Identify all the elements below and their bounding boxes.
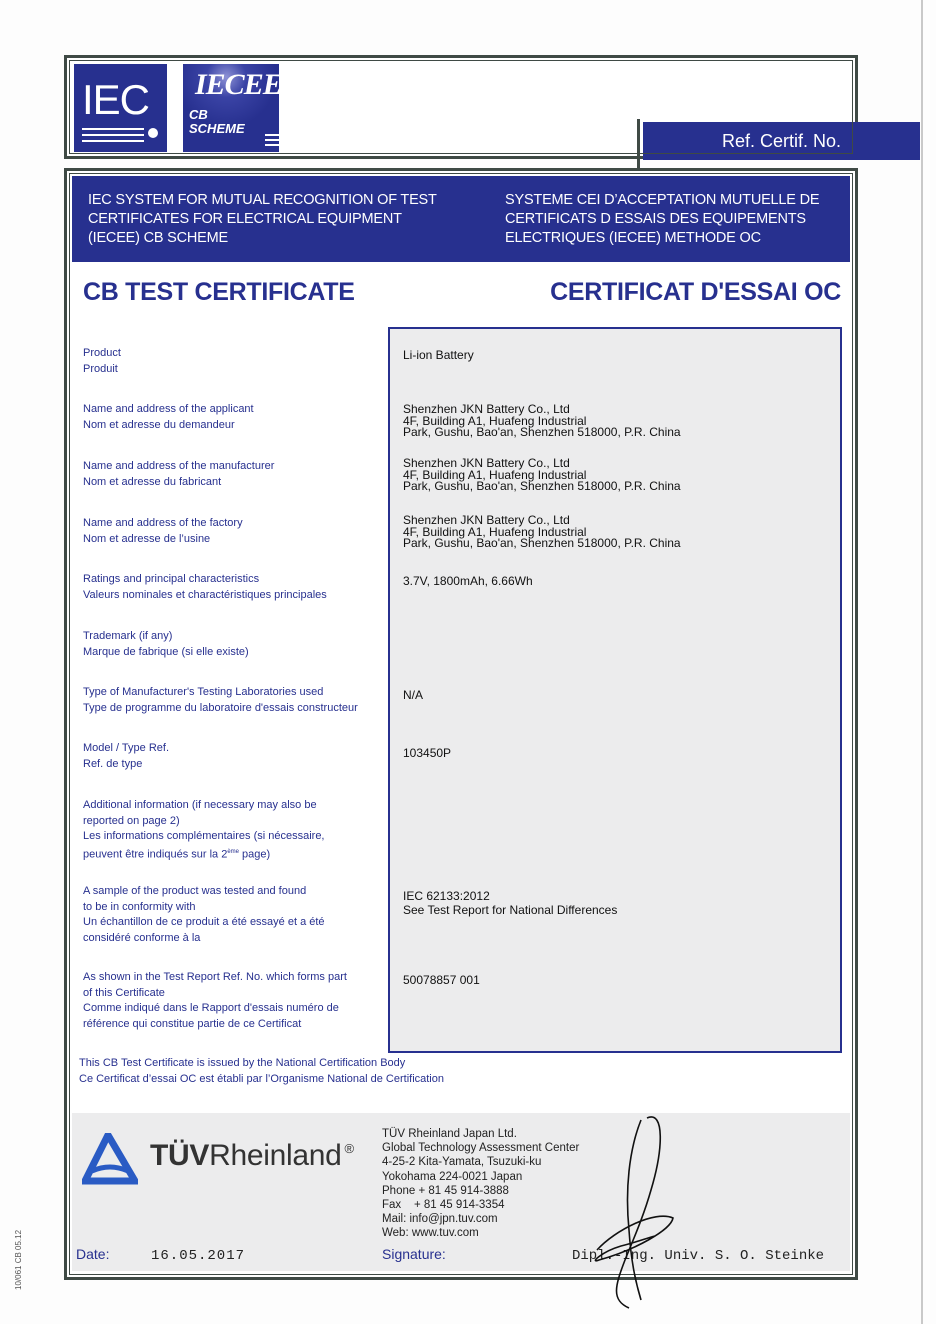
certificate-body: IEC SYSTEM FOR MUTUAL RECOGNITION OF TES… xyxy=(64,168,858,1280)
label-trademark: Trademark (if any)Marque de fabrique (si… xyxy=(83,629,249,660)
label-test-report: As shown in the Test Report Ref. No. whi… xyxy=(83,970,347,1032)
value-applicant: Shenzhen JKN Battery Co., Ltd4F, Buildin… xyxy=(403,404,681,439)
label-manufacturer: Name and address of the manufacturerNom … xyxy=(83,459,274,490)
value-model-type: 103450P xyxy=(403,747,451,759)
value-testing-laboratories: N/A xyxy=(403,689,423,701)
issued-by-statement: This CB Test Certificate is issued by th… xyxy=(79,1056,444,1087)
value-test-report-number: 50078857 001 xyxy=(403,974,480,986)
tuv-triangle-logo-icon xyxy=(82,1133,138,1185)
value-manufacturer: Shenzhen JKN Battery Co., Ltd4F, Buildin… xyxy=(403,458,681,493)
title-french: CERTIFICAT D'ESSAI OC xyxy=(550,278,841,307)
handwritten-signature-icon xyxy=(585,1110,675,1310)
label-testing-laboratories: Type of Manufacturer's Testing Laborator… xyxy=(83,685,358,716)
label-additional-info: Additional information (if necessary may… xyxy=(83,798,325,863)
value-factory: Shenzhen JKN Battery Co., Ltd4F, Buildin… xyxy=(403,515,681,550)
certificate-header: IEC IECEE CB SCHEME Ref. Certif. No. JPT… xyxy=(64,55,858,159)
banner-english: IEC SYSTEM FOR MUTUAL RECOGNITION OF TES… xyxy=(88,191,468,248)
banner-french: SYSTEME CEI D’ACCEPTATION MUTUELLE DECER… xyxy=(505,191,845,248)
tuv-rheinland-brand: TÜVRheinland® xyxy=(150,1139,354,1173)
form-code: 10/061 CB 05.12 xyxy=(14,1230,23,1290)
scheme-banner: IEC SYSTEM FOR MUTUAL RECOGNITION OF TES… xyxy=(72,176,850,262)
ref-certif-title: Ref. Certif. No. xyxy=(643,122,920,160)
label-ratings: Ratings and principal characteristicsVal… xyxy=(83,572,327,603)
title-english: CB TEST CERTIFICATE xyxy=(83,278,355,307)
label-applicant: Name and address of the applicantNom et … xyxy=(83,402,254,433)
label-product: ProductProduit xyxy=(83,346,121,377)
date-label: Date: xyxy=(76,1246,109,1262)
date-value: 16.05.2017 xyxy=(151,1248,245,1264)
value-standard: IEC 62133:2012See Test Report for Nation… xyxy=(403,889,617,917)
certification-body-address: TÜV Rheinland Japan Ltd. Global Technolo… xyxy=(382,1127,579,1241)
iecee-cb-scheme-logo: IECEE CB SCHEME xyxy=(183,64,279,152)
value-ratings: 3.7V, 1800mAh, 6.66Wh xyxy=(403,575,533,587)
label-factory: Name and address of the factoryNom et ad… xyxy=(83,516,243,547)
signature-label: Signature: xyxy=(382,1246,446,1262)
value-product: Li-ion Battery xyxy=(403,349,474,361)
label-model-type: Model / Type Ref.Ref. de type xyxy=(83,741,169,772)
certification-body-footer: TÜVRheinland® TÜV Rheinland Japan Ltd. G… xyxy=(72,1113,850,1271)
iec-logo: IEC xyxy=(74,64,167,152)
label-conformity: A sample of the product was tested and f… xyxy=(83,884,325,946)
